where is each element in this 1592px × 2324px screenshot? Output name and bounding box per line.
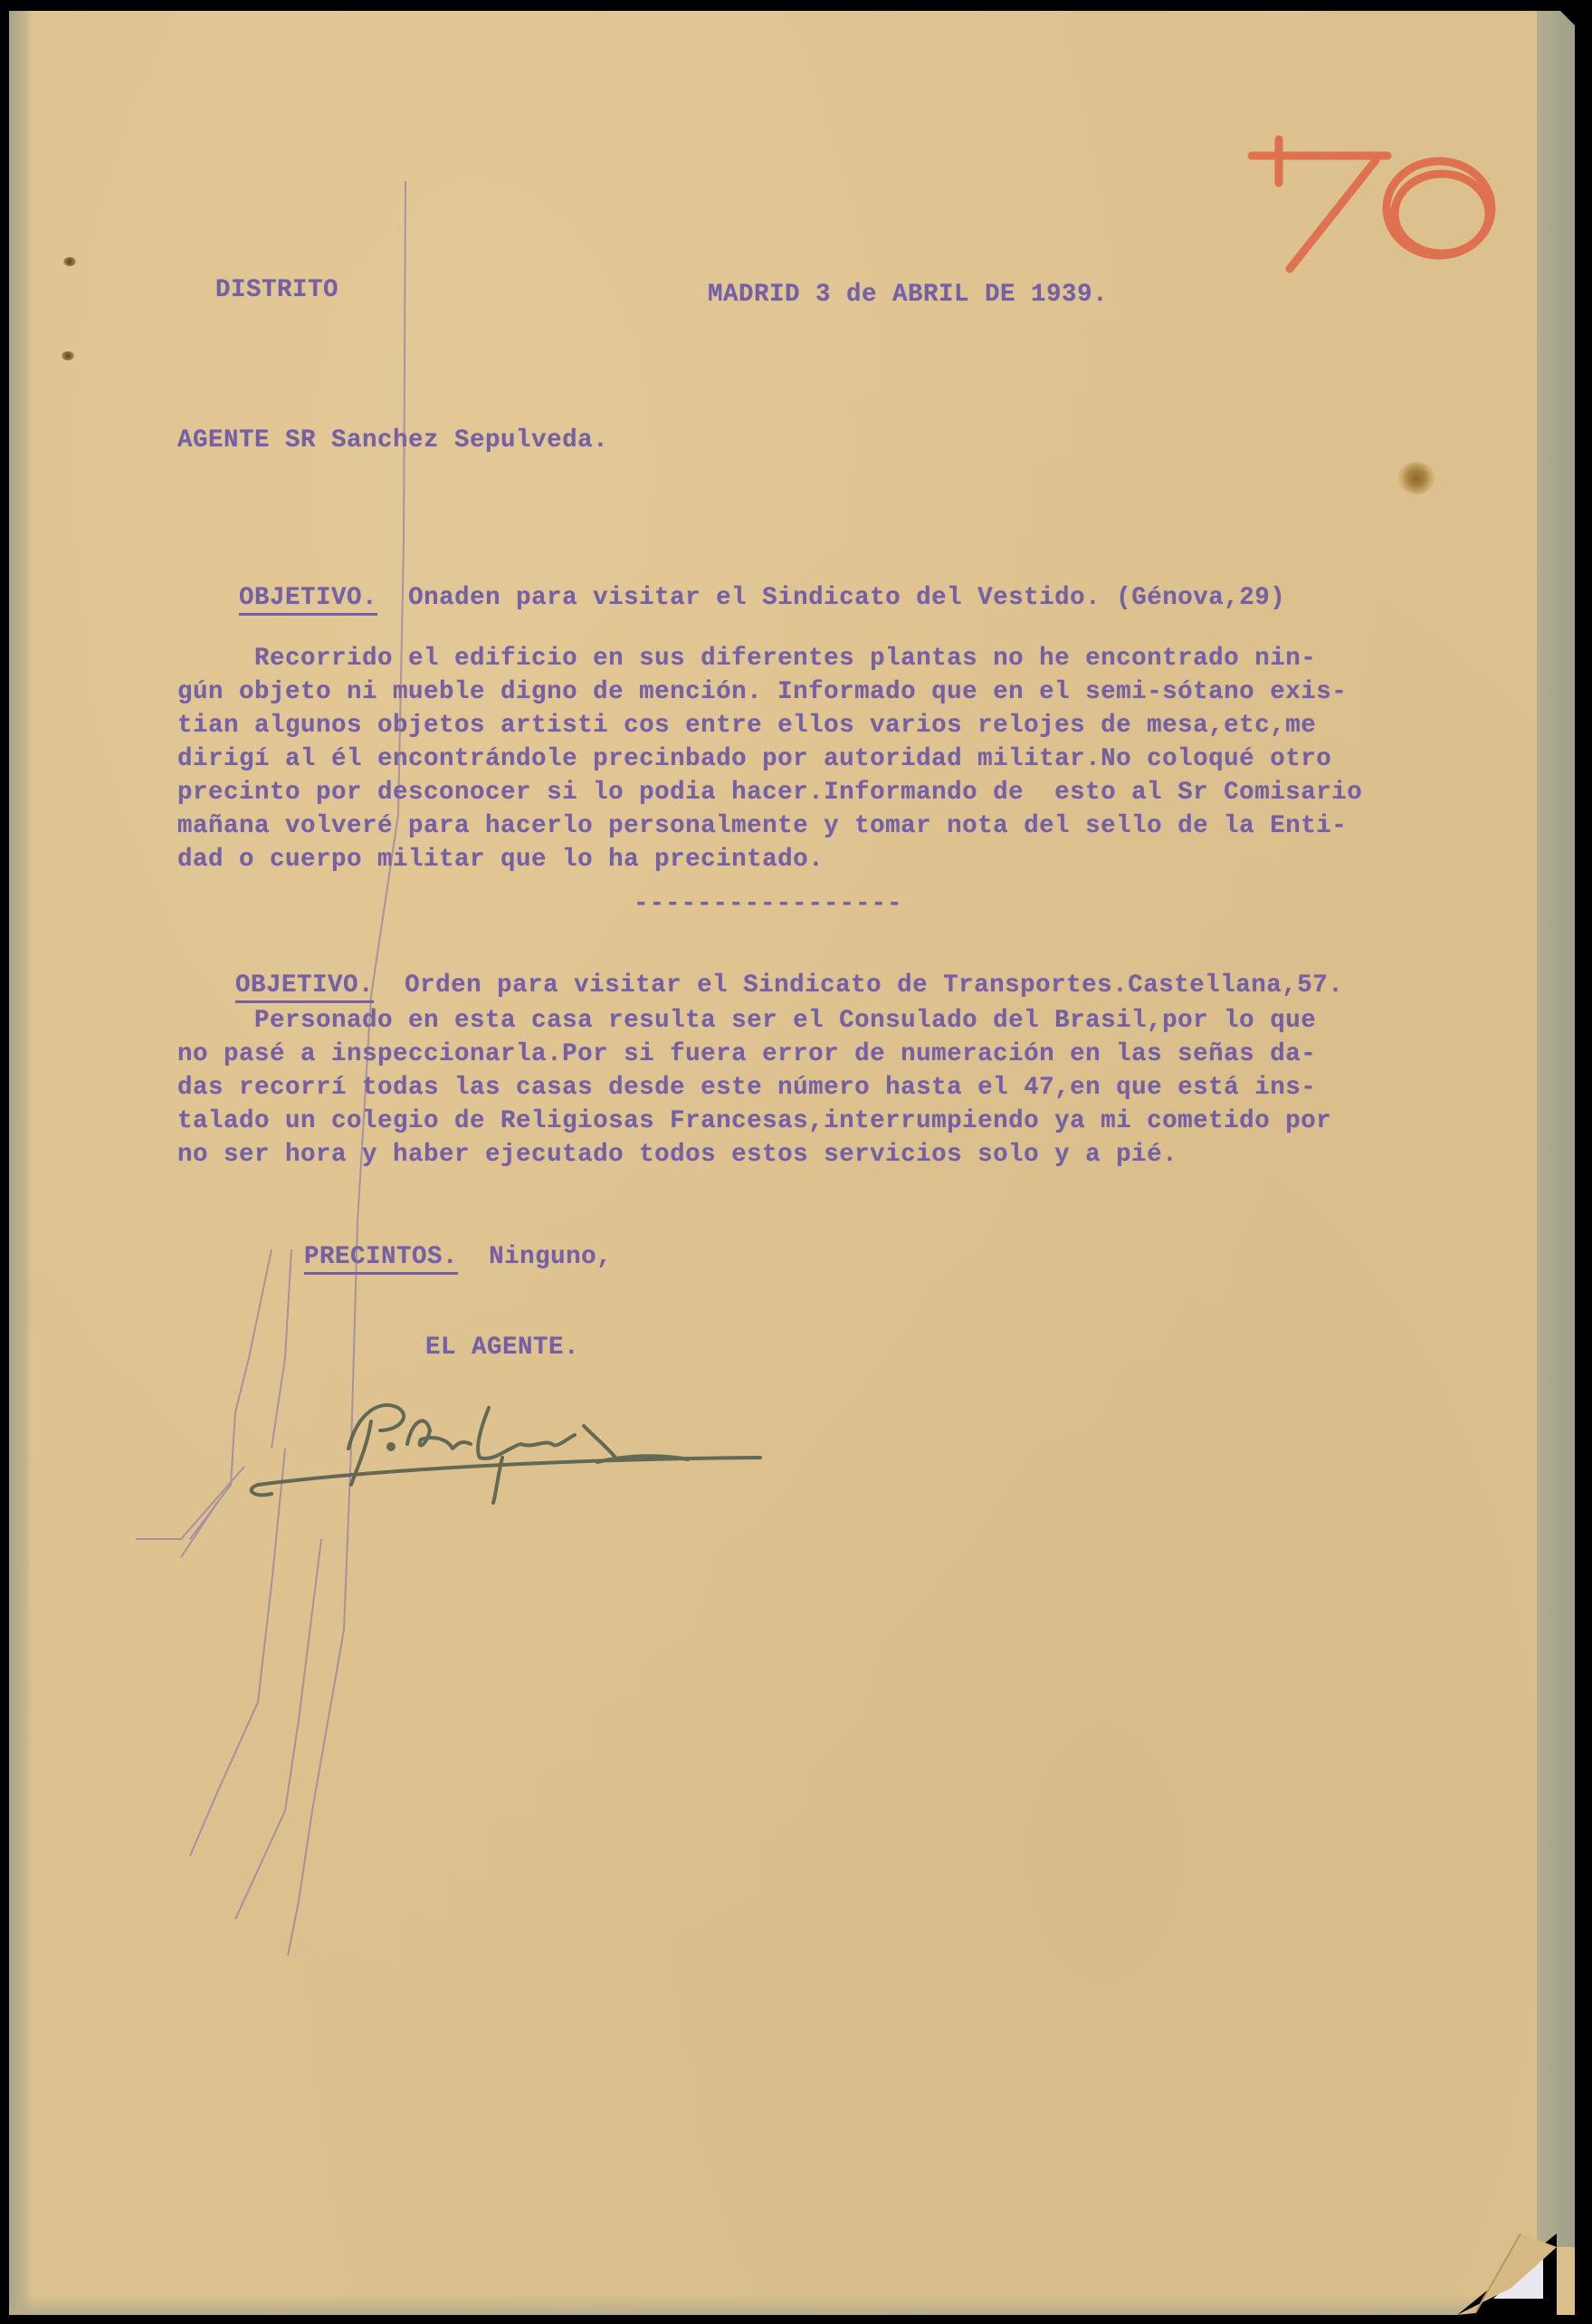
body-line: dad o cuerpo militar que lo ha precintad… [177,843,1362,876]
right-edge-band [1537,11,1575,2247]
punch-mark [62,351,74,360]
clipped-corner [1557,7,1578,29]
section-1-body: Recorrido el edificio en sus diferentes … [177,642,1362,876]
body-line: tian algunos objetos artisti cos entre e… [177,709,1362,742]
closing-title: EL AGENTE. [425,1331,579,1365]
section-2-label: OBJETIVO. [235,971,374,1003]
ink-stain [1398,462,1435,494]
left-edge-shadow [9,11,33,2315]
seals-line: PRECINTOS. Ninguno, [243,1206,612,1309]
folded-corner [1457,2233,1557,2315]
section-1-title: Onaden para visitar el Sindicato del Ves… [408,584,1285,612]
section-separator: ----------------- [634,887,903,922]
document-page: 70 DISTRITO MADRID 3 de ABRIL DE 1939. A… [9,11,1575,2315]
body-line: no ser hora y haber ejecutado todos esto… [177,1138,1331,1172]
folio-number-70: 70 [1235,120,1507,273]
body-line: mañana volveré para hacerlo personalment… [177,809,1362,843]
punch-mark [63,257,76,266]
section-1-heading: OBJETIVO. Onaden para visitar el Sindica… [177,547,1285,650]
body-line: talado un colegio de Religiosas Francesa… [177,1105,1331,1138]
body-line: no pasé a inspeccionarla.Por si fuera er… [177,1038,1331,1071]
section-1-label: OBJETIVO. [239,584,377,616]
body-line: Personado en esta casa resulta ser el Co… [177,1004,1331,1038]
body-line: das recorrí todas las casas desde este n… [177,1071,1331,1105]
agent-line: AGENTE SR Sanchez Sepulveda. [177,424,608,458]
bottom-edge-band [9,2295,1493,2315]
body-line: precinto por desconocer si lo podia hace… [177,776,1362,809]
body-line: gún objeto ni mueble digno de mención. I… [177,675,1362,709]
section-2-title: Orden para visitar el Sindicato de Trans… [405,971,1343,999]
section-2-body: Personado en esta casa resulta ser el Co… [177,1004,1331,1172]
district-label: DISTRITO [215,273,338,308]
place-date: MADRID 3 de ABRIL DE 1939. [708,278,1108,312]
body-line: dirigí al él encontrándole precinbado po… [177,742,1362,776]
seals-label: PRECINTOS. [304,1243,458,1275]
seals-value: Ninguno, [489,1243,612,1271]
body-line: Recorrido el edificio en sus diferentes … [177,642,1362,675]
